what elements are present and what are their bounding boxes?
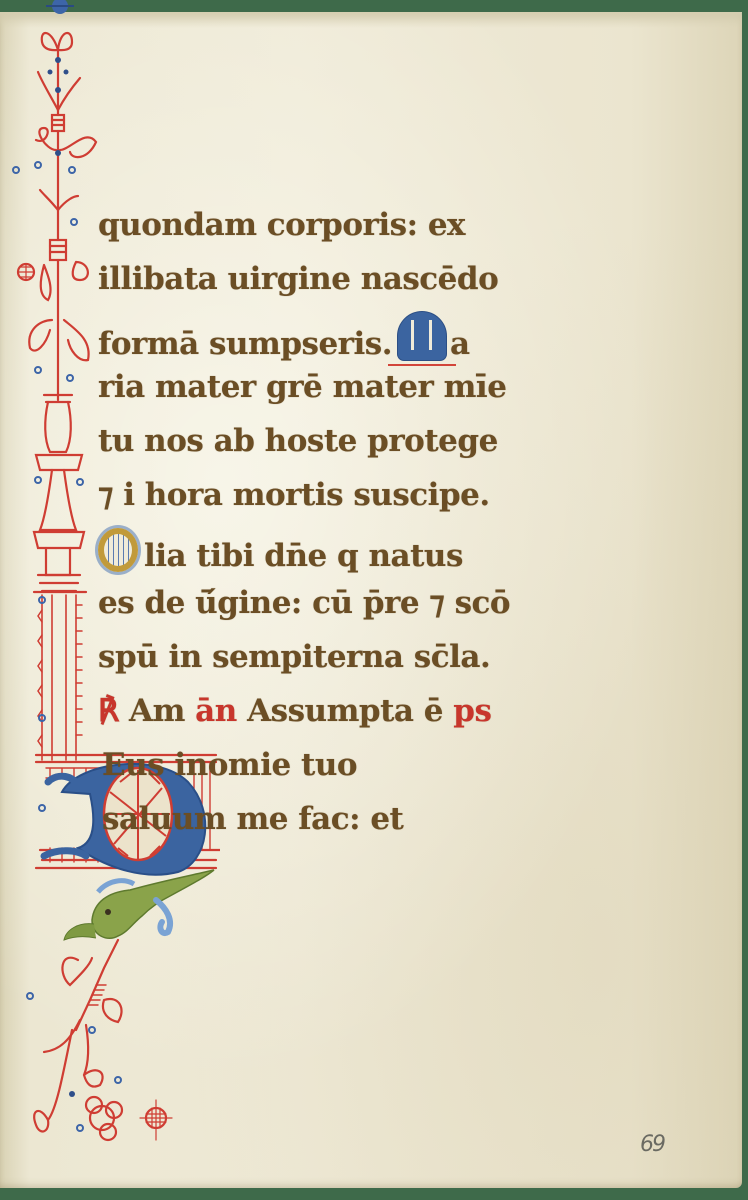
responsory-mark: ℟ [98, 693, 119, 729]
line-text: lia tibi dn̄e q natus [144, 538, 463, 574]
line-text: a [450, 326, 470, 362]
line-text: ria mater grē mater mīe [98, 369, 506, 405]
text-line-3: formā sumpseris.a [98, 306, 558, 360]
rubric-antiphon: ān [195, 693, 237, 729]
line-text: ⁊ i hora mortis suscipe. [98, 477, 490, 513]
text-line-8: es de ū́gine: cū p̄re ⁊ scō [98, 576, 558, 630]
line-text: Eus inomie tuo [102, 747, 357, 783]
text-line-9: spū in sempiterna sc̄la. [98, 630, 558, 684]
line-text: formā sumpseris. [98, 326, 392, 362]
initial-m-icon [398, 312, 446, 360]
line-text: quondam corporis: ex [98, 207, 465, 243]
text-line-4: ria mater grē mater mīe [98, 360, 558, 414]
line-text: spū in sempiterna sc̄la. [98, 639, 490, 675]
folio-number: 69 [640, 1132, 664, 1157]
line-text: illibata uirgine nascēdo [98, 261, 498, 297]
line-text: tu nos ab hoste protege [98, 423, 498, 459]
text-line-12: saluum me fac: et [98, 792, 558, 846]
line-text: saluum me fac: et [102, 801, 403, 837]
line-text: es de ū́gine: cū p̄re ⁊ scō [98, 585, 510, 621]
text-line-7: lia tibi dn̄e q natus [98, 522, 558, 576]
rubric-psalm: ps [453, 693, 491, 729]
text-line-10-rubric: ℟ Am ān Assumpta ē ps [98, 684, 558, 738]
text-line-6: ⁊ i hora mortis suscipe. [98, 468, 558, 522]
page-top-edge [0, 12, 742, 28]
manuscript-text: quondam corporis: ex illibata uirgine na… [98, 198, 558, 846]
text-line-11: Eus inomie tuo [98, 738, 558, 792]
line-text: Am [129, 693, 185, 729]
text-line-2: illibata uirgine nascēdo [98, 252, 558, 306]
line-text: Assumpta ē [247, 693, 443, 729]
text-line-5: tu nos ab hoste protege [98, 414, 558, 468]
text-line-1: quondam corporis: ex [98, 198, 558, 252]
initial-g-icon [98, 528, 138, 572]
